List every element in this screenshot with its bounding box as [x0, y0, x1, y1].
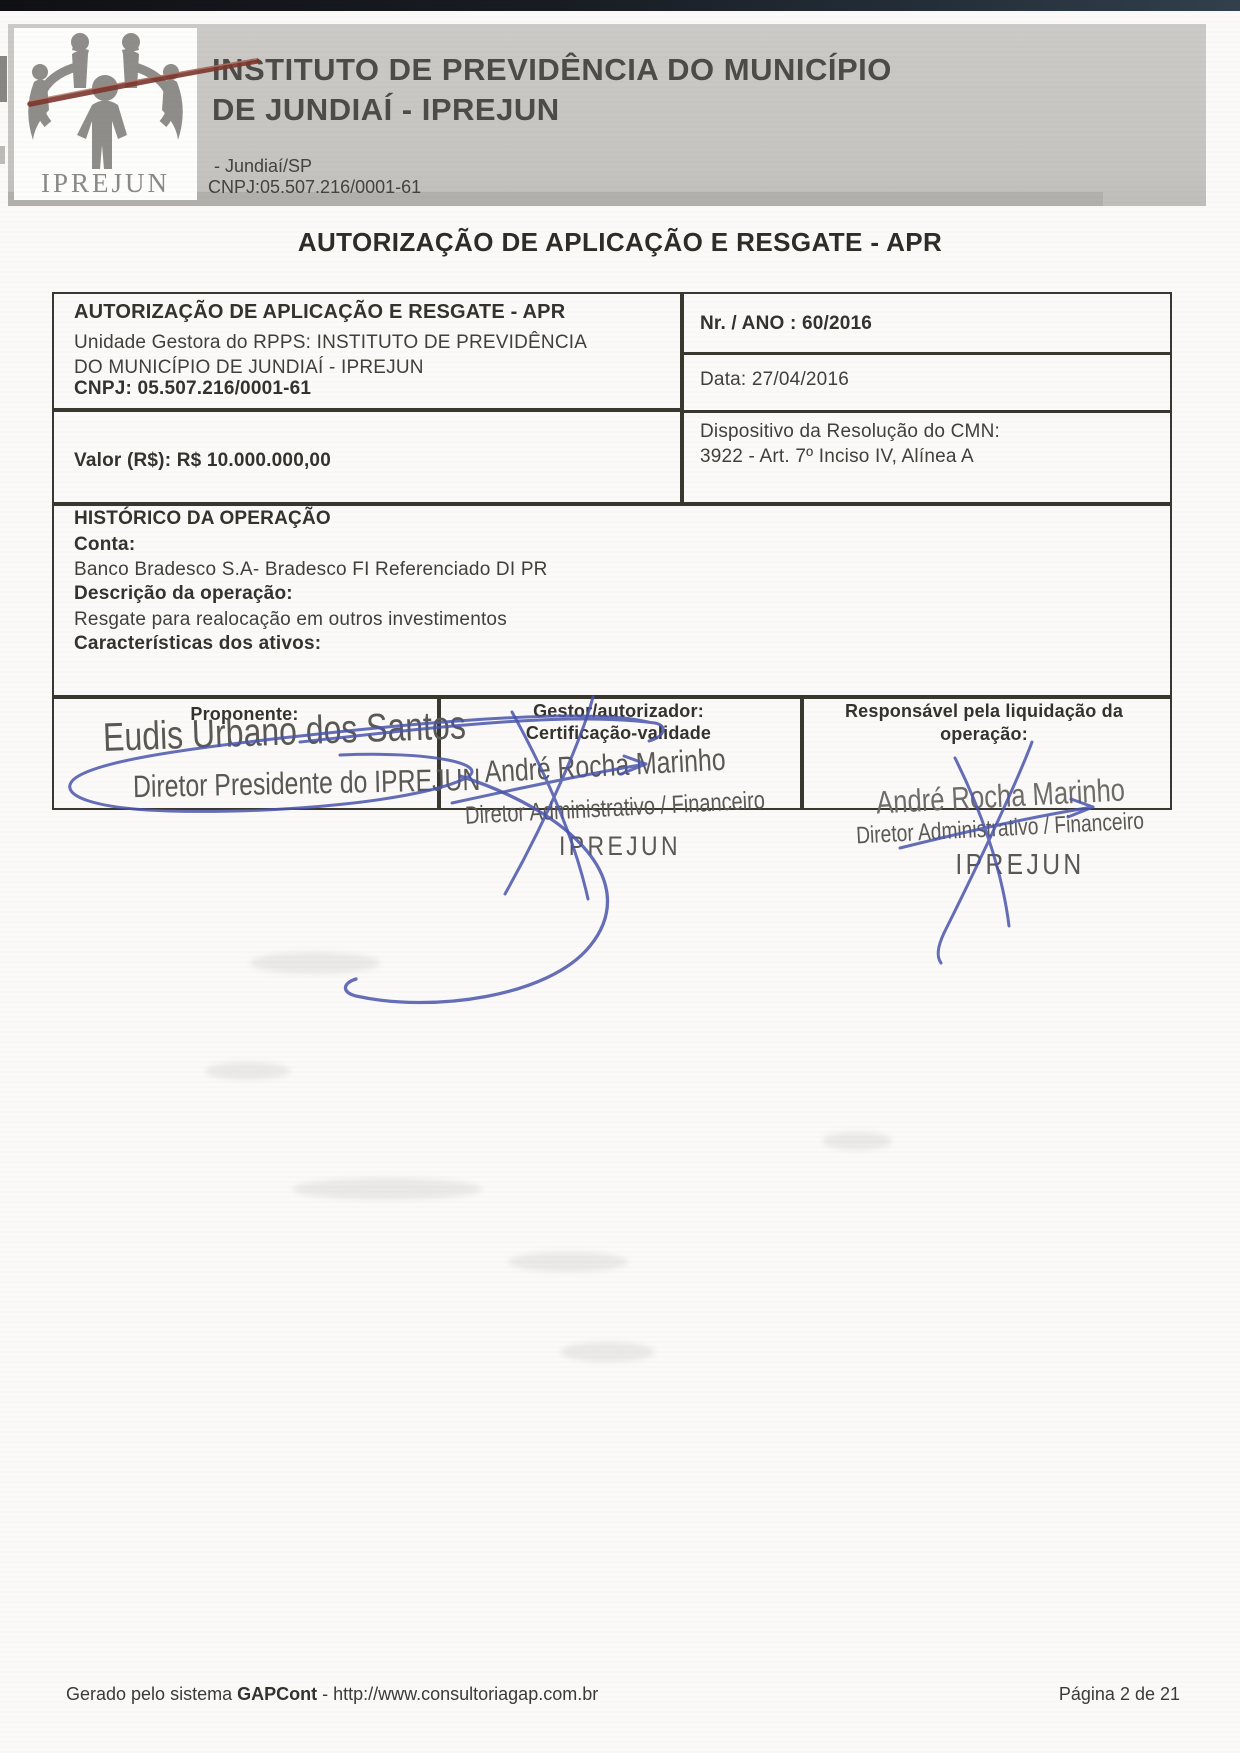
logo-wordmark: IPREJUN: [14, 168, 197, 199]
institute-city: - Jundiaí/SP: [214, 156, 312, 177]
form-unidade-gestora: Unidade Gestora do RPPS: INSTITUTO DE PR…: [74, 330, 604, 380]
sig-gestor-label-line2: Certificação-validade: [437, 723, 800, 744]
historico-title: HISTÓRICO DA OPERAÇÃO: [74, 508, 331, 530]
historico-conta-label: Conta:: [74, 534, 135, 556]
document-title: AUTORIZAÇÃO DE APLICAÇÃO E RESGATE - APR: [0, 227, 1240, 258]
historico-descricao-value: Resgate para realocação em outros invest…: [74, 609, 507, 631]
stamp-responsavel-org: IPREJUN: [918, 849, 1122, 882]
form-apr-title: AUTORIZAÇÃO DE APLICAÇÃO E RESGATE - APR: [74, 301, 565, 324]
footer-generator: Gerado pelo sistema GAPCont - http://www…: [66, 1684, 598, 1705]
form-cnpj: CNPJ: 05.507.216/0001-61: [74, 378, 311, 400]
form-dispositivo-value: 3922 - Art. 7º Inciso IV, Alínea A: [700, 446, 974, 468]
institute-title-line2: DE JUNDIAÍ - IPREJUN: [212, 90, 892, 130]
footer-generator-system: GAPCont: [237, 1684, 317, 1704]
scan-smudge: [508, 1252, 628, 1272]
sig-responsavel-label-line2: operação:: [800, 724, 1168, 745]
form-data: Data: 27/04/2016: [700, 369, 849, 391]
institute-title: INSTITUTO DE PREVIDÊNCIA DO MUNICÍPIO DE…: [212, 50, 892, 130]
scan-smudge: [292, 1178, 482, 1200]
scan-edge-mark: [0, 56, 7, 102]
scan-edge-top: [0, 0, 1240, 11]
scan-smudge: [560, 1342, 655, 1362]
institute-cnpj: CNPJ:05.507.216/0001-61: [208, 177, 421, 198]
scan-smudge: [250, 952, 380, 974]
historico-caracteristicas-label: Características dos ativos:: [74, 633, 321, 655]
sig-gestor-label-line1: Gestor/autorizador:: [437, 701, 800, 722]
scan-smudge: [822, 1132, 892, 1150]
stamp-proponente-role: Diretor Presidente do IPREJUN: [133, 763, 438, 805]
footer-generator-prefix: Gerado pelo sistema: [66, 1684, 237, 1704]
people-circle-logo-icon: [14, 28, 197, 173]
scan-smudge: [205, 1062, 290, 1080]
institute-title-line1: INSTITUTO DE PREVIDÊNCIA DO MUNICÍPIO: [212, 50, 892, 90]
historico-descricao-label: Descrição da operação:: [74, 583, 293, 605]
sig-responsavel-label-line1: Responsável pela liquidação da: [800, 701, 1168, 722]
form-valor: Valor (R$): R$ 10.000.000,00: [74, 450, 331, 472]
historico-conta-value: Banco Bradesco S.A- Bradesco FI Referenc…: [74, 559, 548, 581]
stamp-gestor-org: IPREJUN: [497, 831, 744, 862]
form-dispositivo-label: Dispositivo da Resolução do CMN:: [700, 421, 1000, 443]
footer-page-number: Página 2 de 21: [990, 1684, 1180, 1705]
form-nr-ano: Nr. / ANO : 60/2016: [700, 313, 872, 335]
footer-generator-url: - http://www.consultoriagap.com.br: [317, 1684, 598, 1704]
scan-edge-mark: [0, 146, 5, 164]
scanned-apr-document: IPREJUN INSTITUTO DE PREVIDÊNCIA DO MUNI…: [0, 0, 1240, 1753]
